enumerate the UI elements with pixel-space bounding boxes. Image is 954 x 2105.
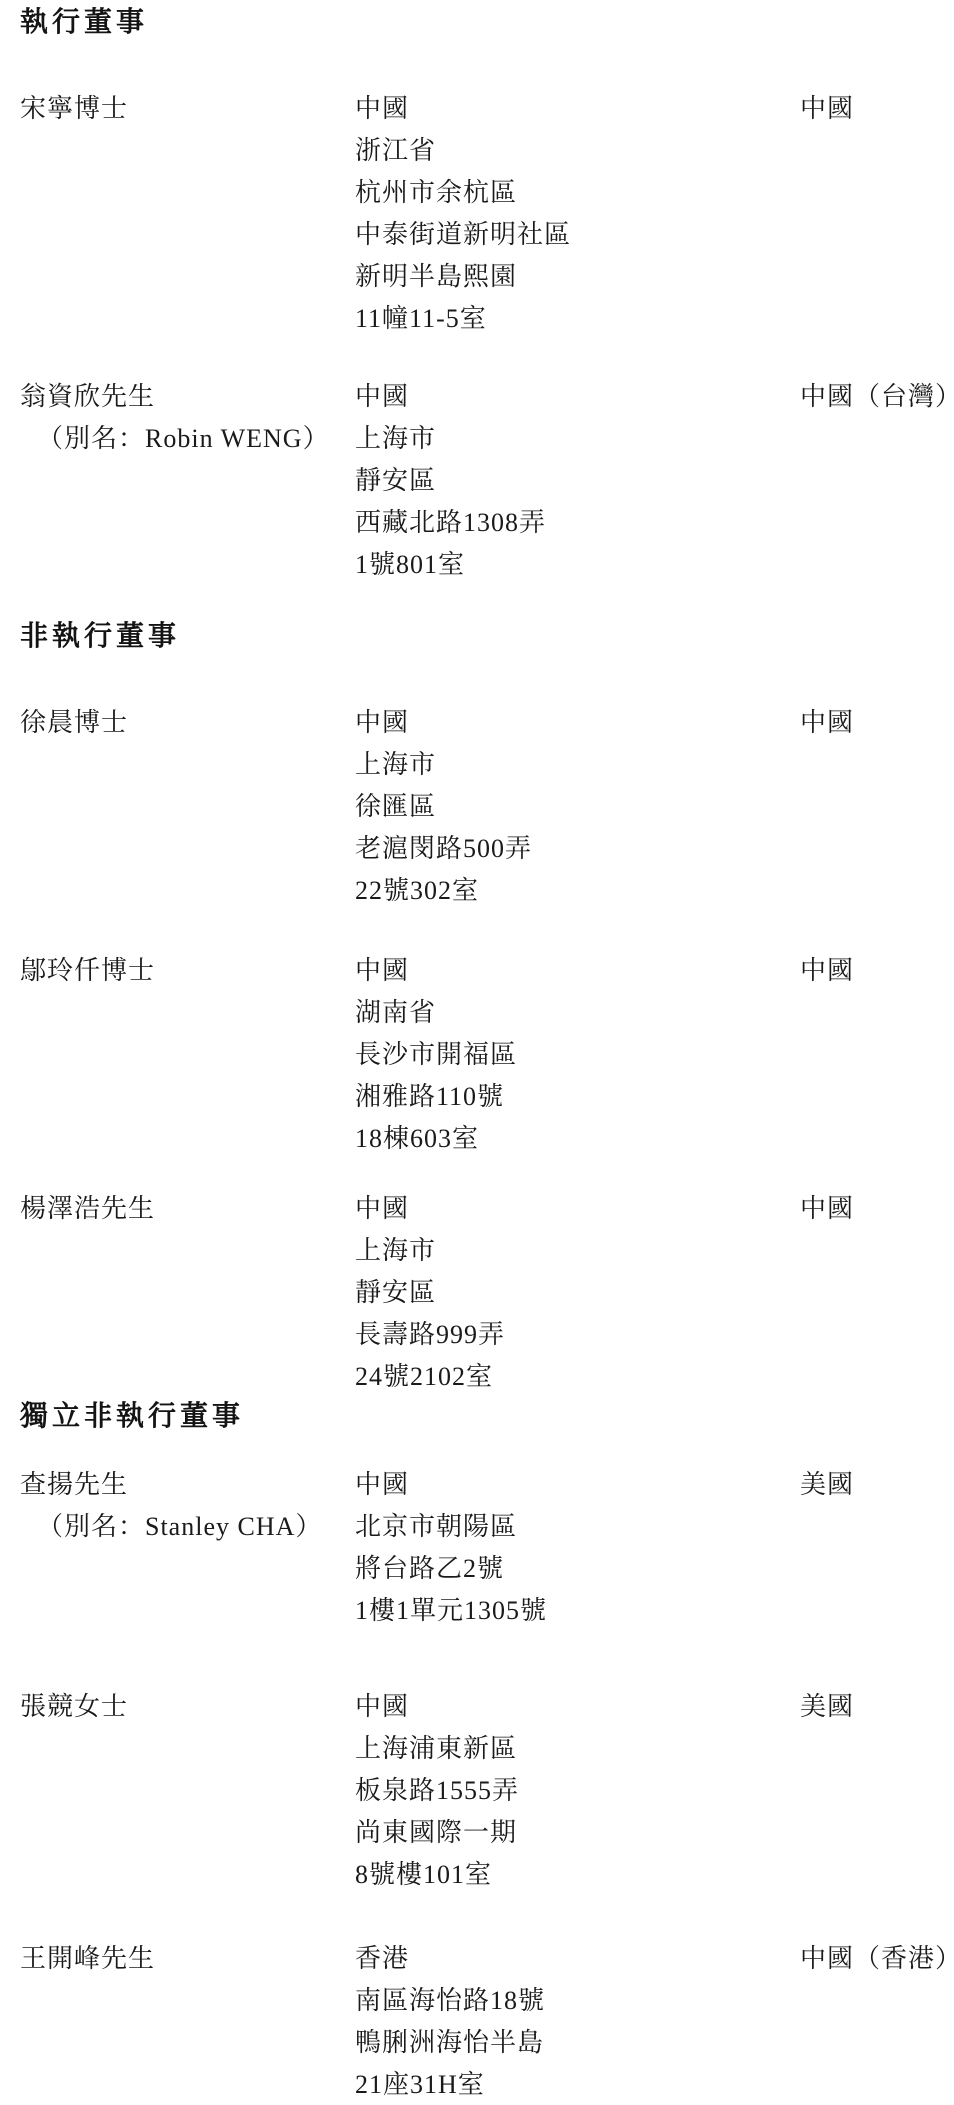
address-line: 中國 — [355, 88, 800, 130]
sections-container: 執行董事 宋寧博士 中國浙江省杭州市余杭區中泰街道新明社區新明半島熙園11幢11… — [20, 4, 954, 2105]
section-entries: 查揚先生 （別名：Stanley CHA） 中國北京市朝陽區將台路乙2號1樓1單… — [20, 1464, 954, 2105]
nationality-column: 中國 — [800, 702, 954, 744]
director-name: 徐晨博士 — [20, 702, 355, 744]
director-name: 鄔玲仟博士 — [20, 950, 355, 992]
nationality-column: 中國 — [800, 88, 954, 130]
name-column: 查揚先生 （別名：Stanley CHA） — [20, 1464, 355, 1548]
section-header: 非執行董事 — [20, 618, 954, 654]
address-line: 中國 — [355, 702, 800, 744]
address-column: 中國上海浦東新區板泉路1555弄尚東國際一期8號樓101室 — [355, 1686, 800, 1896]
director-nationality: 中國 — [800, 1188, 954, 1230]
name-column: 宋寧博士 — [20, 88, 355, 130]
address-line: 8號樓101室 — [355, 1854, 800, 1896]
director-entry: 張競女士 中國上海浦東新區板泉路1555弄尚東國際一期8號樓101室 美國 — [20, 1686, 954, 1896]
name-column: 翁資欣先生 （別名：Robin WENG） — [20, 376, 355, 460]
address-line: 21座31H室 — [355, 2064, 800, 2105]
director-section: 執行董事 宋寧博士 中國浙江省杭州市余杭區中泰街道新明社區新明半島熙園11幢11… — [20, 4, 954, 586]
director-entry: 宋寧博士 中國浙江省杭州市余杭區中泰街道新明社區新明半島熙園11幢11-5室 中… — [20, 88, 954, 340]
address-line: 新明半島熙園 — [355, 256, 800, 298]
director-entry: 楊澤浩先生 中國上海市靜安區長壽路999弄24號2102室 中國 — [20, 1188, 954, 1398]
section-header: 獨立非執行董事 — [20, 1398, 954, 1434]
director-nationality: 中國（香港） — [800, 1938, 954, 1980]
section-header: 執行董事 — [20, 4, 954, 40]
address-line: 湘雅路110號 — [355, 1076, 800, 1118]
name-column: 徐晨博士 — [20, 702, 355, 744]
address-line: 1樓1單元1305號 — [355, 1590, 800, 1632]
name-column: 鄔玲仟博士 — [20, 950, 355, 992]
address-line: 中國 — [355, 1464, 800, 1506]
address-line: 老滬閔路500弄 — [355, 828, 800, 870]
address-line: 長沙市開福區 — [355, 1034, 800, 1076]
director-name: 王開峰先生 — [20, 1938, 355, 1980]
address-column: 中國上海市徐匯區老滬閔路500弄22號302室 — [355, 702, 800, 912]
address-line: 中國 — [355, 376, 800, 418]
address-line: 中泰街道新明社區 — [355, 214, 800, 256]
address-line: 中國 — [355, 1686, 800, 1728]
director-name: 張競女士 — [20, 1686, 355, 1728]
nationality-column: 中國 — [800, 950, 954, 992]
address-line: 湖南省 — [355, 992, 800, 1034]
director-section: 獨立非執行董事 查揚先生 （別名：Stanley CHA） 中國北京市朝陽區將台… — [20, 1398, 954, 2105]
address-line: 板泉路1555弄 — [355, 1770, 800, 1812]
director-entry: 王開峰先生 香港南區海怡路18號鴨脷洲海怡半島21座31H室 中國（香港） — [20, 1938, 954, 2105]
address-line: 中國 — [355, 1188, 800, 1230]
director-alias: （別名：Stanley CHA） — [20, 1506, 355, 1548]
address-line: 長壽路999弄 — [355, 1314, 800, 1356]
address-line: 18棟603室 — [355, 1118, 800, 1160]
address-column: 中國上海市靜安區西藏北路1308弄1號801室 — [355, 376, 800, 586]
nationality-column: 中國 — [800, 1188, 954, 1230]
name-column: 王開峰先生 — [20, 1938, 355, 1980]
director-name: 宋寧博士 — [20, 88, 355, 130]
director-nationality: 中國 — [800, 950, 954, 992]
address-line: 中國 — [355, 950, 800, 992]
address-line: 靜安區 — [355, 1272, 800, 1314]
address-line: 上海市 — [355, 744, 800, 786]
address-line: 南區海怡路18號 — [355, 1980, 800, 2022]
address-line: 24號2102室 — [355, 1356, 800, 1398]
address-line: 西藏北路1308弄 — [355, 502, 800, 544]
address-line: 徐匯區 — [355, 786, 800, 828]
address-line: 靜安區 — [355, 460, 800, 502]
director-nationality: 中國 — [800, 702, 954, 744]
section-entries: 宋寧博士 中國浙江省杭州市余杭區中泰街道新明社區新明半島熙園11幢11-5室 中… — [20, 88, 954, 586]
address-line: 11幢11-5室 — [355, 298, 800, 340]
director-nationality: 中國（台灣） — [800, 376, 954, 418]
directors-page: 執行董事 宋寧博士 中國浙江省杭州市余杭區中泰街道新明社區新明半島熙園11幢11… — [0, 0, 954, 2105]
director-entry: 鄔玲仟博士 中國湖南省長沙市開福區湘雅路110號18棟603室 中國 — [20, 950, 954, 1160]
address-column: 香港南區海怡路18號鴨脷洲海怡半島21座31H室 — [355, 1938, 800, 2105]
nationality-column: 美國 — [800, 1686, 954, 1728]
address-line: 杭州市余杭區 — [355, 172, 800, 214]
director-name: 楊澤浩先生 — [20, 1188, 355, 1230]
director-name: 翁資欣先生 — [20, 376, 355, 418]
nationality-column: 中國（香港） — [800, 1938, 954, 1980]
director-name: 查揚先生 — [20, 1464, 355, 1506]
address-line: 將台路乙2號 — [355, 1548, 800, 1590]
address-line: 上海浦東新區 — [355, 1728, 800, 1770]
name-column: 楊澤浩先生 — [20, 1188, 355, 1230]
address-line: 22號302室 — [355, 870, 800, 912]
address-column: 中國浙江省杭州市余杭區中泰街道新明社區新明半島熙園11幢11-5室 — [355, 88, 800, 340]
director-nationality: 美國 — [800, 1464, 954, 1506]
director-alias: （別名：Robin WENG） — [20, 418, 355, 460]
section-entries: 徐晨博士 中國上海市徐匯區老滬閔路500弄22號302室 中國 鄔玲仟博士 中國… — [20, 702, 954, 1398]
name-column: 張競女士 — [20, 1686, 355, 1728]
address-column: 中國上海市靜安區長壽路999弄24號2102室 — [355, 1188, 800, 1398]
director-entry: 翁資欣先生 （別名：Robin WENG） 中國上海市靜安區西藏北路1308弄1… — [20, 376, 954, 586]
address-line: 1號801室 — [355, 544, 800, 586]
director-section: 非執行董事 徐晨博士 中國上海市徐匯區老滬閔路500弄22號302室 中國 鄔玲… — [20, 618, 954, 1398]
address-line: 香港 — [355, 1938, 800, 1980]
address-line: 尚東國際一期 — [355, 1812, 800, 1854]
director-nationality: 中國 — [800, 88, 954, 130]
director-entry: 徐晨博士 中國上海市徐匯區老滬閔路500弄22號302室 中國 — [20, 702, 954, 912]
nationality-column: 美國 — [800, 1464, 954, 1506]
director-nationality: 美國 — [800, 1686, 954, 1728]
address-line: 北京市朝陽區 — [355, 1506, 800, 1548]
address-column: 中國湖南省長沙市開福區湘雅路110號18棟603室 — [355, 950, 800, 1160]
address-column: 中國北京市朝陽區將台路乙2號1樓1單元1305號 — [355, 1464, 800, 1632]
director-entry: 查揚先生 （別名：Stanley CHA） 中國北京市朝陽區將台路乙2號1樓1單… — [20, 1464, 954, 1632]
address-line: 上海市 — [355, 1230, 800, 1272]
address-line: 浙江省 — [355, 130, 800, 172]
address-line: 鴨脷洲海怡半島 — [355, 2022, 800, 2064]
address-line: 上海市 — [355, 418, 800, 460]
nationality-column: 中國（台灣） — [800, 376, 954, 418]
